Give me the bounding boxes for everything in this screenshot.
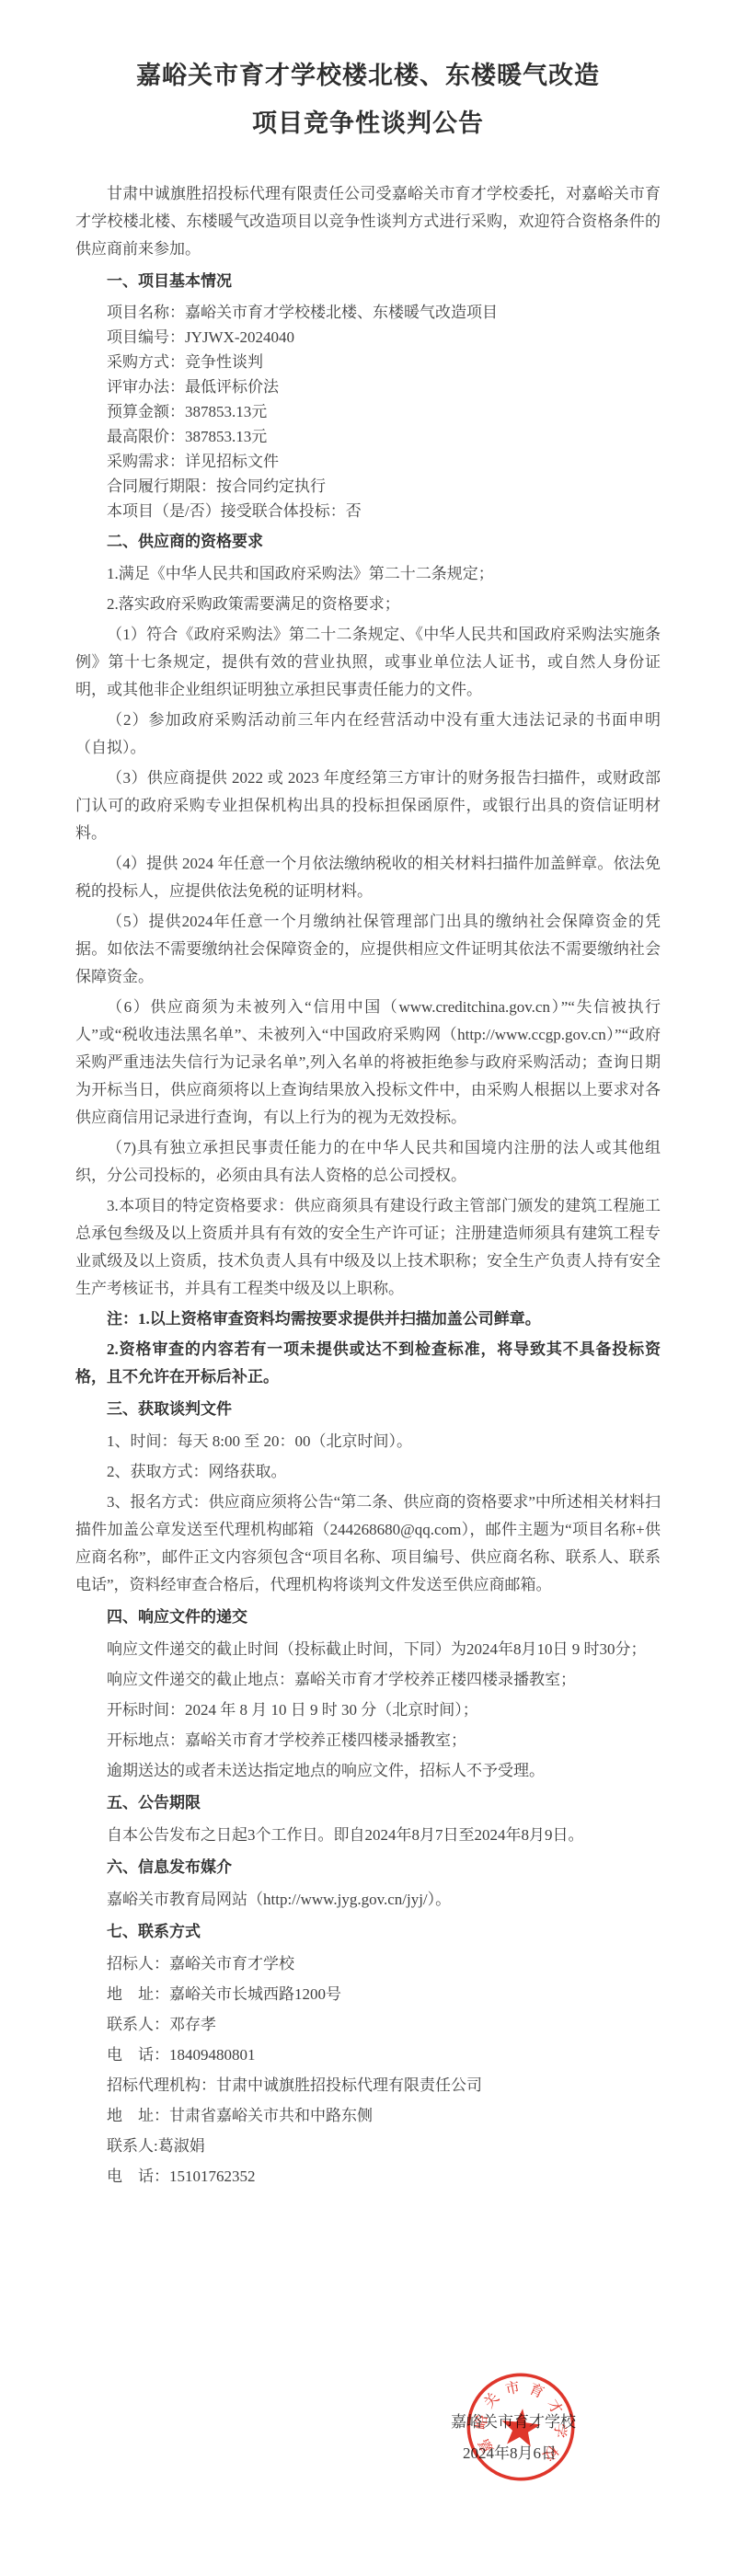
seal-char: 学 (551, 2422, 569, 2439)
section: 七、联系方式招标人：嘉峪关市育才学校地 址：嘉峪关市长城西路1200号联系人：邓… (75, 1918, 661, 2191)
paragraph: 自本公告发布之日起3个工作日。即自2024年8月7日至2024年8月9日。 (75, 1822, 661, 1849)
paragraph: 地 址：甘肃省嘉峪关市共和中路东侧 (75, 2102, 661, 2130)
paragraph: 地 址：嘉峪关市长城西路1200号 (75, 1981, 661, 2008)
paragraph: （2）参加政府采购活动前三年内在经营活动中没有重大违法记录的书面申明（自拟）。 (75, 707, 661, 762)
seal-char: 育 (526, 2380, 546, 2401)
seal-char: 市 (504, 2379, 522, 2398)
star-icon (500, 2407, 542, 2447)
paragraph: 联系人:葛淑娟 (75, 2133, 661, 2160)
paragraph: 采购需求：详见招标文件 (75, 449, 661, 474)
section: 五、公告期限自本公告发布之日起3个工作日。即自2024年8月7日至2024年8月… (75, 1789, 661, 1849)
section-heading: 二、供应商的资格要求 (75, 528, 661, 556)
paragraph: 2.资格审查的内容若有一项未提供或达不到检查标准，将导致其不具备投标资格，且不允… (75, 1336, 661, 1391)
paragraph: （3）供应商提供 2022 或 2023 年度经第三方审计的财务报告扫描件，或财… (75, 765, 661, 847)
paragraph: 响应文件递交的截止时间（投标截止时间，下同）为2024年8月10日 9 时30分… (75, 1636, 661, 1663)
paragraph: 评审办法：最低评标价法 (75, 374, 661, 399)
paragraph: （6）供应商须为未被列入“信用中国（www.creditchina.gov.cn… (75, 994, 661, 1132)
paragraph: 采购方式：竞争性谈判 (75, 350, 661, 374)
paragraph: 预算金额：387853.13元 (75, 399, 661, 424)
section: 一、项目基本情况项目名称：嘉峪关市育才学校楼北楼、东楼暖气改造项目项目编号：JY… (75, 268, 661, 523)
paragraph: 响应文件递交的截止地点：嘉峪关市育才学校养正楼四楼录播教室； (75, 1666, 661, 1694)
paragraph: 开标地点：嘉峪关市育才学校养正楼四楼录播教室； (75, 1727, 661, 1754)
paragraph: 招标人：嘉峪关市育才学校 (75, 1950, 661, 1978)
paragraph: 项目名称：嘉峪关市育才学校楼北楼、东楼暖气改造项目 (75, 300, 661, 325)
seal-char: 关 (480, 2389, 502, 2411)
section-heading: 五、公告期限 (75, 1789, 661, 1817)
section-heading: 三、获取谈判文件 (75, 1396, 661, 1423)
paragraph: 开标时间：2024 年 8 月 10 日 9 时 30 分（北京时间）； (75, 1696, 661, 1724)
official-seal-stamp: 嘉峪关市育才学校 (457, 2363, 584, 2490)
paragraph: 电 话：15101762352 (75, 2163, 661, 2191)
section-heading: 六、信息发布媒介 (75, 1854, 661, 1881)
seal-char: 峪 (473, 2414, 491, 2431)
paragraph: 本项目（是/否）接受联合体投标：否 (75, 499, 661, 523)
paragraph: 1.满足《中华人民共和国政府采购法》第二十二条规定； (75, 560, 661, 588)
page-title: 嘉峪关市育才学校楼北楼、东楼暖气改造 项目竞争性谈判公告 (75, 52, 661, 147)
signature-area: 嘉峪关市育才学校 2024年8月6日 嘉峪关市育才学校 (0, 2355, 736, 2576)
section: 二、供应商的资格要求1.满足《中华人民共和国政府采购法》第二十二条规定；2.落实… (75, 528, 661, 1391)
paragraph: （5）提供2024年任意一个月缴纳社保管理部门出具的缴纳社会保障资金的凭据。如依… (75, 908, 661, 991)
paragraph: 3、报名方式：供应商应须将公告“第二条、供应商的资格要求”中所述相关材料扫描件加… (75, 1489, 661, 1599)
paragraph: 电 话：18409480801 (75, 2041, 661, 2069)
section-heading: 四、响应文件的递交 (75, 1604, 661, 1631)
paragraph: 嘉峪关市教育局网站（http://www.jyg.gov.cn/jyj/）。 (75, 1886, 661, 1914)
section: 四、响应文件的递交响应文件递交的截止时间（投标截止时间，下同）为2024年8月1… (75, 1604, 661, 1785)
section: 六、信息发布媒介嘉峪关市教育局网站（http://www.jyg.gov.cn/… (75, 1854, 661, 1914)
section: 三、获取谈判文件1、时间：每天 8:00 至 20：00（北京时间）。2、获取方… (75, 1396, 661, 1599)
paragraph: 2、获取方式：网络获取。 (75, 1458, 661, 1486)
sections: 一、项目基本情况项目名称：嘉峪关市育才学校楼北楼、东楼暖气改造项目项目编号：JY… (75, 268, 661, 2191)
paragraph: 2.落实政府采购政策需要满足的资格要求； (75, 591, 661, 618)
paragraph: 联系人：邓存孝 (75, 2011, 661, 2039)
section-heading: 七、联系方式 (75, 1918, 661, 1946)
paragraph: 招标代理机构：甘肃中诚旗胜招投标代理有限责任公司 (75, 2072, 661, 2099)
paragraph: 逾期送达的或者未送达指定地点的响应文件，招标人不予受理。 (75, 1757, 661, 1785)
paragraph: 1、时间：每天 8:00 至 20：00（北京时间）。 (75, 1428, 661, 1455)
paragraph: 合同履行期限：按合同约定执行 (75, 474, 661, 499)
paragraph: （1）符合《政府采购法》第二十二条规定、《中华人民共和国政府采购法实施条例》第十… (75, 621, 661, 704)
seal-char: 才 (544, 2397, 566, 2418)
seal-char: 嘉 (476, 2435, 498, 2456)
intro-paragraph: 甘肃中诚旗胜招投标代理有限责任公司受嘉峪关市育才学校委托，对嘉峪关市育才学校楼北… (75, 180, 661, 263)
paragraph: （4）提供 2024 年任意一个月依法缴纳税收的相关材料扫描件加盖鲜章。依法免税… (75, 850, 661, 905)
paragraph: 注：1.以上资格审查资料均需按要求提供并扫描加盖公司鲜章。 (75, 1305, 661, 1333)
page-title-line1: 嘉峪关市育才学校楼北楼、东楼暖气改造 (75, 52, 661, 99)
section-heading: 一、项目基本情况 (75, 268, 661, 295)
announcement-document: 嘉峪关市育才学校楼北楼、东楼暖气改造 项目竞争性谈判公告 甘肃中诚旗胜招投标代理… (0, 0, 736, 2576)
paragraph: （7)具有独立承担民事责任能力的在中华人民共和国境内注册的法人或其他组织，分公司… (75, 1134, 661, 1190)
paragraph: 最高限价：387853.13元 (75, 424, 661, 449)
page-title-line2: 项目竞争性谈判公告 (75, 99, 661, 147)
paragraph: 3.本项目的特定资格要求：供应商须具有建设行政主管部门颁发的建筑工程施工总承包叁… (75, 1192, 661, 1303)
paragraph: 项目编号：JYJWX-2024040 (75, 325, 661, 350)
